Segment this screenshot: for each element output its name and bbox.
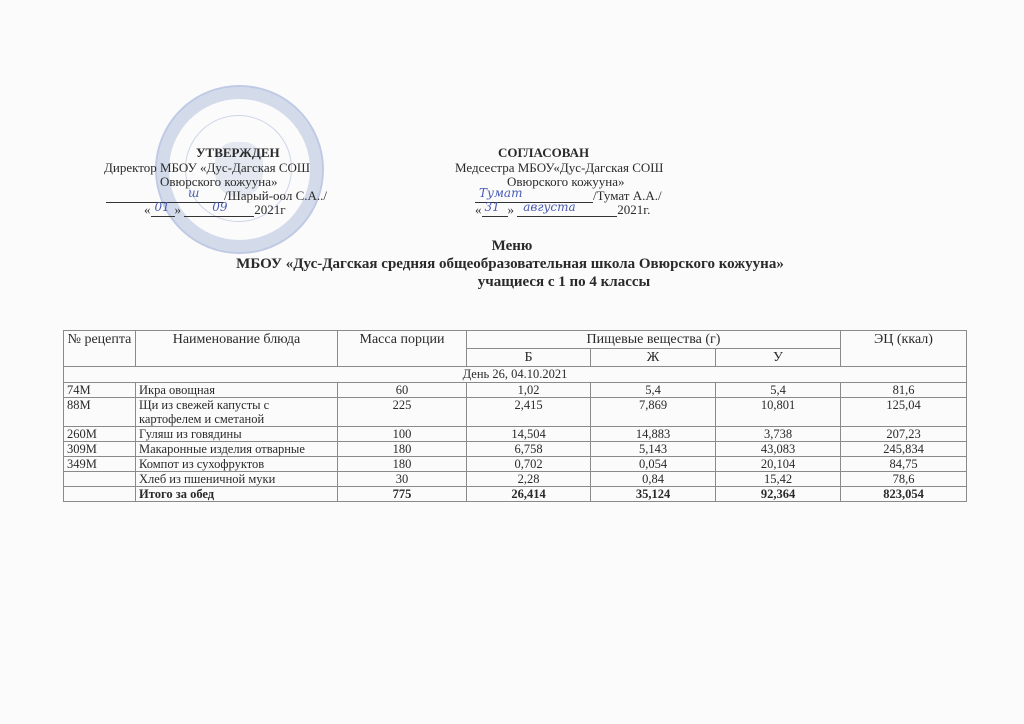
menu-table: № рецепта Наименование блюда Масса порци… xyxy=(63,330,967,502)
approved-day: 01 xyxy=(155,200,170,215)
header-dish: Наименование блюда xyxy=(136,331,338,367)
cell-fat: 5,4 xyxy=(591,383,716,398)
cell-energy: 84,75 xyxy=(841,457,967,472)
approved-year: 2021г xyxy=(254,202,285,217)
cell-recipe-no xyxy=(64,487,136,502)
approved-signature-handwritten: ш xyxy=(188,186,199,201)
page-title: Меню xyxy=(0,238,1024,255)
header-portion: Масса порции xyxy=(338,331,467,367)
table-row: 260МГуляш из говядины10014,50414,8833,73… xyxy=(64,427,967,442)
cell-energy: 125,04 xyxy=(841,398,967,427)
cell-dish-name: Компот из сухофруктов xyxy=(136,457,338,472)
cell-carbs: 5,4 xyxy=(716,383,841,398)
quote-close: » xyxy=(175,202,182,217)
cell-fat: 0,84 xyxy=(591,472,716,487)
approved-month: 09 xyxy=(212,200,227,215)
cell-portion: 180 xyxy=(338,442,467,457)
approved-month-field: 09 xyxy=(184,202,254,217)
cell-protein: 26,414 xyxy=(467,487,591,502)
cell-fat: 5,143 xyxy=(591,442,716,457)
total-row: Итого за обед77526,41435,12492,364823,05… xyxy=(64,487,967,502)
cell-protein: 2,28 xyxy=(467,472,591,487)
cell-portion: 180 xyxy=(338,457,467,472)
day-label: День 26, 04.10.2021 xyxy=(64,367,967,383)
agreed-position: Медсестра МБОУ«Дус-Дагская СОШ xyxy=(455,160,663,175)
cell-portion: 100 xyxy=(338,427,467,442)
agreed-year: 2021г. xyxy=(617,202,650,217)
cell-fat: 0,054 xyxy=(591,457,716,472)
approved-date: «01» 092021г xyxy=(144,202,286,217)
audience-label: учащиеся с 1 по 4 классы xyxy=(52,274,1024,291)
cell-protein: 0,702 xyxy=(467,457,591,472)
cell-portion: 775 xyxy=(338,487,467,502)
cell-recipe-no: 349М xyxy=(64,457,136,472)
table-row: 88МЩи из свежей капусты с картофелем и с… xyxy=(64,398,967,427)
cell-carbs: 10,801 xyxy=(716,398,841,427)
agreed-organization: Овюрского кожууна» xyxy=(507,174,624,189)
cell-energy: 207,23 xyxy=(841,427,967,442)
cell-portion: 225 xyxy=(338,398,467,427)
cell-dish-name: Хлеб из пшеничной муки xyxy=(136,472,338,487)
quote-close: » xyxy=(508,202,515,217)
agreed-month-field: августа xyxy=(517,202,617,217)
cell-recipe-no: 74М xyxy=(64,383,136,398)
table-row: 309ММакаронные изделия отварные1806,7585… xyxy=(64,442,967,457)
cell-recipe-no: 88М xyxy=(64,398,136,427)
school-name: МБОУ «Дус-Дагская средняя общеобразовате… xyxy=(0,256,1022,273)
cell-carbs: 43,083 xyxy=(716,442,841,457)
header-recipe-no: № рецепта xyxy=(64,331,136,367)
table-row: 349МКомпот из сухофруктов1800,7020,05420… xyxy=(64,457,967,472)
approved-signature-name: /Шарый-оол С.А../ xyxy=(224,188,327,203)
approved-title: УТВЕРЖДЕН xyxy=(196,145,280,160)
cell-dish-name: Гуляш из говядины xyxy=(136,427,338,442)
approved-position: Директор МБОУ «Дус-Дагская СОШ xyxy=(104,160,310,175)
table-row: 74МИкра овощная601,025,45,481,6 xyxy=(64,383,967,398)
agreed-title: СОГЛАСОВАН xyxy=(498,145,589,160)
cell-recipe-no: 309М xyxy=(64,442,136,457)
cell-carbs: 20,104 xyxy=(716,457,841,472)
cell-energy: 245,834 xyxy=(841,442,967,457)
agreed-signature-name: /Тумат А.А./ xyxy=(593,188,662,203)
header-nutrients: Пищевые вещества (г) xyxy=(467,331,841,349)
table-row: Хлеб из пшеничной муки302,280,8415,4278,… xyxy=(64,472,967,487)
cell-recipe-no: 260М xyxy=(64,427,136,442)
cell-portion: 30 xyxy=(338,472,467,487)
cell-fat: 35,124 xyxy=(591,487,716,502)
header-protein: Б xyxy=(467,349,591,367)
cell-portion: 60 xyxy=(338,383,467,398)
agreed-day: 31 xyxy=(485,200,500,215)
cell-protein: 1,02 xyxy=(467,383,591,398)
cell-fat: 7,869 xyxy=(591,398,716,427)
cell-energy: 823,054 xyxy=(841,487,967,502)
cell-dish-name: Итого за обед xyxy=(136,487,338,502)
cell-carbs: 92,364 xyxy=(716,487,841,502)
cell-protein: 2,415 xyxy=(467,398,591,427)
header-fat: Ж xyxy=(591,349,716,367)
cell-dish-name: Икра овощная xyxy=(136,383,338,398)
approved-organization: Овюрского кожууна» xyxy=(160,174,277,189)
cell-dish-name: Щи из свежей капусты с картофелем и смет… xyxy=(136,398,338,427)
cell-dish-name: Макаронные изделия отварные xyxy=(136,442,338,457)
cell-fat: 14,883 xyxy=(591,427,716,442)
header-energy: ЭЦ (ккал) xyxy=(841,331,967,367)
cell-recipe-no xyxy=(64,472,136,487)
cell-energy: 81,6 xyxy=(841,383,967,398)
header-carbs: У xyxy=(716,349,841,367)
cell-carbs: 15,42 xyxy=(716,472,841,487)
cell-protein: 14,504 xyxy=(467,427,591,442)
cell-protein: 6,758 xyxy=(467,442,591,457)
agreed-month: августа xyxy=(523,200,575,215)
cell-carbs: 3,738 xyxy=(716,427,841,442)
agreed-date: «31» августа2021г. xyxy=(475,202,650,217)
cell-energy: 78,6 xyxy=(841,472,967,487)
agreed-signature-handwritten: Тумат xyxy=(479,186,522,201)
approved-day-field: 01 xyxy=(151,202,175,217)
agreed-day-field: 31 xyxy=(482,202,508,217)
